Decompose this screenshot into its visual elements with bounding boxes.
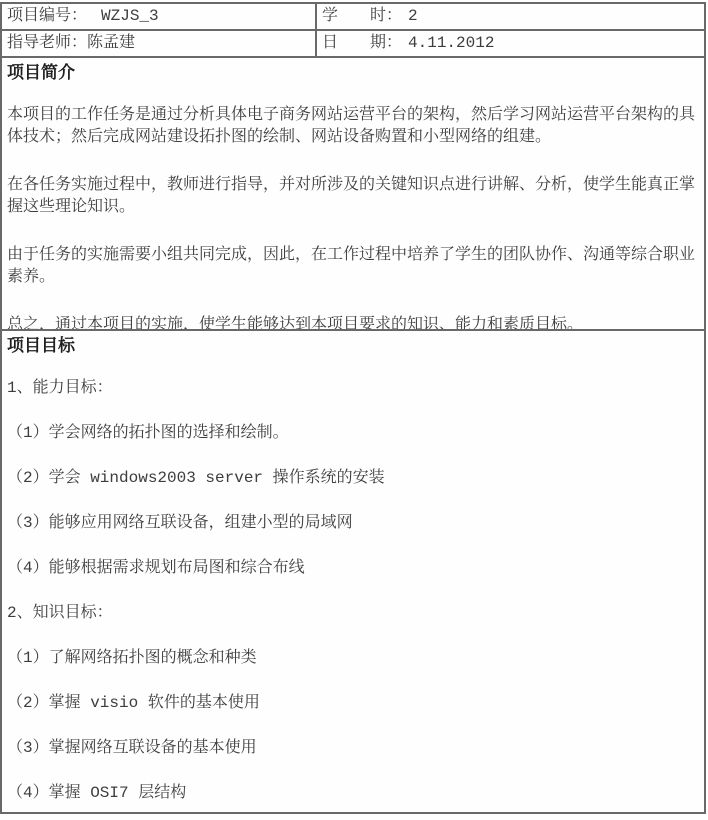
table-row-project-id: 项目编号：WZJS_3 学 时：2	[2, 4, 704, 31]
table-row-instructor: 指导老师：陈孟建 日 期：4.11.2012	[2, 31, 704, 58]
class-hours-label: 学 时：	[322, 7, 402, 25]
project-id-value: WZJS_3	[101, 7, 159, 25]
intro-paragraph: 由于任务的实施需要小组共同完成，因此，在工作过程中培养了学生的团队协作、沟通等综…	[7, 244, 698, 288]
intro-section-title: 项目简介	[7, 64, 698, 86]
intro-paragraph: 本项目的工作任务是通过分析具体电子商务网站运营平台的架构，然后学习网站运营平台架…	[7, 104, 698, 148]
goal-group-heading: 1、能力目标：	[7, 377, 698, 399]
project-id-label: 项目编号：	[7, 7, 87, 25]
project-intro-section: 项目简介 本项目的工作任务是通过分析具体电子商务网站运营平台的架构，然后学习网站…	[2, 58, 704, 331]
date-label: 日 期：	[322, 34, 402, 52]
date-value: 4.11.2012	[408, 34, 494, 52]
goals-section-title: 项目目标	[7, 337, 698, 359]
intro-paragraph: 在各任务实施过程中，教师进行指导，并对所涉及的关键知识点进行讲解、分析，使学生能…	[7, 174, 698, 218]
instructor-label: 指导老师：	[7, 34, 87, 52]
document-page: 项目编号：WZJS_3 学 时：2 指导老师：陈孟建 日 期：4.11.2012…	[0, 0, 708, 820]
class-hours-value: 2	[408, 7, 418, 25]
goal-item: （4）能够根据需求规划布局图和综合布线	[7, 557, 698, 579]
project-goals-section: 项目目标 1、能力目标： （1）学会网络的拓扑图的选择和绘制。 （2）学会 wi…	[2, 331, 704, 816]
instructor-value: 陈孟建	[87, 34, 135, 52]
goal-item: （2）学会 windows2003 server 操作系统的安装	[7, 467, 698, 489]
goal-item: （4）掌握 OSI7 层结构	[7, 782, 698, 804]
project-info-table: 项目编号：WZJS_3 学 时：2 指导老师：陈孟建 日 期：4.11.2012…	[0, 2, 706, 814]
project-id-cell: 项目编号：WZJS_3	[2, 4, 317, 29]
goal-item: （1）学会网络的拓扑图的选择和绘制。	[7, 422, 698, 444]
class-hours-cell: 学 时：2	[317, 4, 704, 29]
goal-item: （2）掌握 visio 软件的基本使用	[7, 692, 698, 714]
goal-item: （3）能够应用网络互联设备，组建小型的局域网	[7, 512, 698, 534]
goal-item: （1）了解网络拓扑图的概念和种类	[7, 647, 698, 669]
goal-item: （3）掌握网络互联设备的基本使用	[7, 737, 698, 759]
intro-paragraph: 总之，通过本项目的实施，使学生能够达到本项目要求的知识、能力和素质目标。	[7, 314, 698, 331]
goal-group-heading: 2、知识目标：	[7, 602, 698, 624]
date-cell: 日 期：4.11.2012	[317, 31, 704, 56]
instructor-cell: 指导老师：陈孟建	[2, 31, 317, 56]
